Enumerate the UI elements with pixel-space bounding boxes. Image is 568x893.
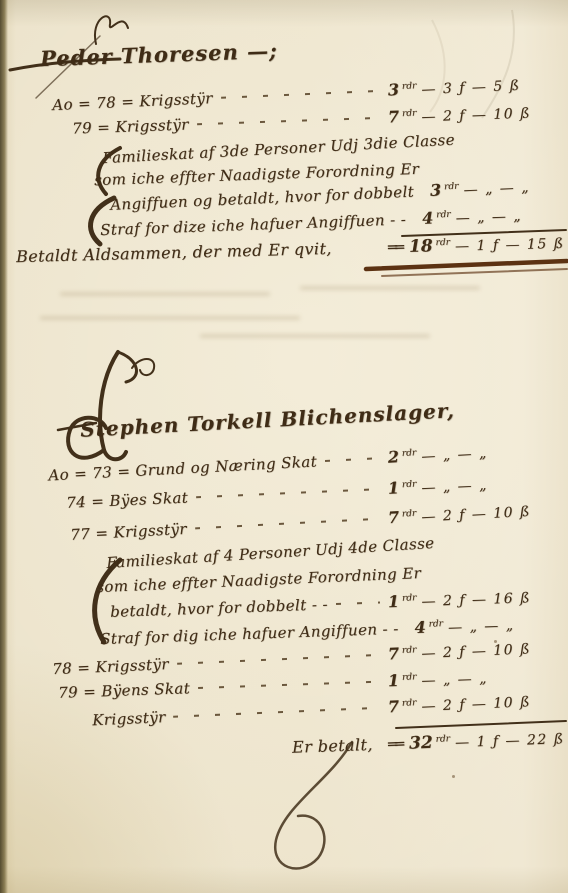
- entry-2-total-row: Er betalt, ══ 32rdr — 1 ƒ — 22 ß: [292, 728, 565, 757]
- row-label: Krigsstÿr: [92, 708, 166, 729]
- total-label: Betaldt Aldsammen, der med Er qvit,: [16, 239, 332, 266]
- amount: 7rdr — 2 ƒ — 10 ß: [388, 101, 565, 126]
- amount-mark-skilling: — „ — „: [448, 618, 515, 636]
- daler-unit: rdr: [402, 698, 417, 709]
- amount-daler: 3: [388, 80, 400, 99]
- total1-thin-rule: [382, 269, 567, 276]
- row-label: 74 = Bÿes Skat: [66, 489, 189, 512]
- row-label: Ao = 78 = Krigsstÿr: [52, 89, 213, 114]
- initial-small-curl: [132, 359, 154, 375]
- amount: 2rdr — „ — „: [387, 439, 564, 467]
- amount-daler: 2: [387, 447, 399, 467]
- amount-mark-skilling: — 2 ƒ — 10 ß: [421, 694, 531, 715]
- ink-speck: [452, 775, 455, 778]
- row-label: Straf for dize iche hafuer Angiffuen - -: [100, 210, 407, 239]
- dotted-leader: [197, 116, 380, 124]
- amount: 3rdr — „ — „: [430, 173, 568, 200]
- bleedthrough-streak: [200, 334, 430, 338]
- amount-mark-skilling: — 2 ƒ — 10 ß: [421, 641, 531, 662]
- initial-top-curl: [118, 352, 136, 382]
- dotted-leader: [325, 457, 380, 462]
- entry-1-name: Peder Thoresen —;: [40, 38, 279, 71]
- amount-mark-skilling: — 1 ƒ — 22 ß: [455, 731, 565, 751]
- row-label: Angiffuen og betaldt, hvor for dobbelt: [110, 183, 415, 214]
- equals-mark: ══: [388, 735, 403, 753]
- daler-unit: rdr: [436, 210, 451, 220]
- row-label: 78 = Krigsstÿr: [52, 655, 169, 678]
- amount-daler: 4: [414, 618, 426, 637]
- amount-mark-skilling: — „ — „: [421, 445, 488, 464]
- dotted-leader: [336, 601, 380, 605]
- daler-unit: rdr: [444, 182, 459, 193]
- bleedthrough-streak: [60, 292, 270, 296]
- dotted-leader: [198, 680, 380, 688]
- bleedthrough-streak: [40, 316, 300, 320]
- daler-unit: rdr: [402, 672, 417, 682]
- amount-daler: 7: [387, 508, 399, 528]
- initial-stem: [100, 352, 126, 459]
- row-label: Ao = 73 = Grund og Næring Skat: [48, 452, 318, 484]
- equals-mark: ══: [388, 238, 403, 256]
- amount-mark-skilling: — „ — „: [463, 180, 530, 199]
- entry-1-total-row: Betaldt Aldsammen, der med Er qvit, ══ 1…: [16, 233, 564, 267]
- amount-mark-skilling: — „ — „: [455, 208, 522, 226]
- daler-unit: rdr: [428, 619, 443, 629]
- amount-mark-skilling: — „ — „: [421, 477, 488, 496]
- amount: 7rdr — 2 ƒ — 10 ß: [388, 690, 565, 717]
- manuscript-page: Peder Thoresen —; Ao = 78 = Krigsstÿr 3r…: [0, 0, 568, 893]
- amount-daler: 4: [422, 208, 434, 227]
- dotted-leader: [174, 706, 380, 717]
- amount-daler: 7: [388, 697, 400, 716]
- total-amount: ══ 32rdr — 1 ƒ — 22 ß: [388, 728, 565, 754]
- amount: 7rdr — 2 ƒ — 10 ß: [388, 637, 565, 664]
- amount-daler: 32: [409, 733, 433, 754]
- amount: 4rdr — „ — „: [422, 203, 568, 228]
- dotted-leader: [221, 89, 380, 98]
- total2-overline: [396, 721, 566, 728]
- amount-daler: 1: [388, 671, 400, 690]
- amount-daler: 7: [388, 107, 400, 126]
- row-label: 77 = Krigsstÿr: [70, 520, 187, 544]
- total-spacer: [373, 749, 388, 750]
- dotted-leader: [177, 653, 380, 664]
- amount-mark-skilling: — 2 ƒ — 10 ß: [421, 504, 531, 526]
- daler-unit: rdr: [402, 480, 417, 491]
- header-top-squiggle: [95, 16, 128, 44]
- ghost-curve-2: [430, 20, 445, 112]
- daler-unit: rdr: [402, 509, 417, 520]
- dotted-leader: [196, 488, 380, 498]
- amount: 3rdr — 3 ƒ — 5 ß: [388, 73, 565, 100]
- binding-gutter-shadow: [0, 0, 8, 893]
- total-label: Er betalt,: [292, 735, 373, 757]
- amount-mark-skilling: — 2 ƒ — 16 ß: [421, 590, 531, 610]
- row-label: 79 = Bÿens Skat: [58, 679, 191, 702]
- showthrough-ghost-strokes: [430, 10, 514, 118]
- amount-mark-skilling: — 2 ƒ — 10 ß: [421, 106, 531, 126]
- daler-unit: rdr: [402, 645, 417, 656]
- bleedthrough-streak: [300, 286, 480, 290]
- daler-unit: rdr: [435, 734, 450, 744]
- ghost-curve-1: [482, 10, 514, 118]
- amount-mark-skilling: — 3 ƒ — 5 ß: [421, 78, 521, 98]
- daler-unit: rdr: [402, 448, 417, 459]
- amount: 7rdr — 2 ƒ — 10 ß: [387, 499, 564, 527]
- daler-unit: rdr: [402, 81, 417, 92]
- amount-daler: 1: [388, 478, 400, 497]
- total-amount: ══ 18rdr — 1 ƒ — 15 ß: [388, 233, 564, 258]
- amount-mark-skilling: — „ — „: [421, 671, 488, 689]
- amount-daler: 18: [409, 236, 433, 257]
- amount-mark-skilling: — 1 ƒ — 15 ß: [455, 236, 565, 255]
- row-label: 79 = Krigsstÿr: [72, 116, 189, 138]
- total-spacer: [332, 252, 388, 253]
- amount: 4rdr — „ — „: [414, 612, 568, 637]
- amount-daler: 3: [430, 180, 442, 199]
- total1-heavy-rule: [366, 261, 567, 269]
- row-label: betaldt, hvor for dobbelt - -: [110, 595, 328, 621]
- dotted-leader: [195, 517, 380, 529]
- entry-2-name: Stephen Torkell Blichenslager,: [80, 398, 456, 442]
- daler-unit: rdr: [402, 593, 417, 603]
- daler-unit: rdr: [435, 238, 450, 248]
- amount-daler: 7: [388, 644, 400, 663]
- amount-daler: 1: [388, 592, 400, 611]
- row-label: Straf for dig iche hafuer Angiffuen - -: [100, 620, 399, 648]
- final-loop-flourish: [275, 742, 352, 868]
- amount: 1rdr — „ — „: [388, 471, 565, 498]
- daler-unit: rdr: [402, 109, 417, 119]
- amount: 1rdr — 2 ƒ — 16 ß: [388, 586, 565, 611]
- amount: 1rdr — „ — „: [388, 665, 565, 690]
